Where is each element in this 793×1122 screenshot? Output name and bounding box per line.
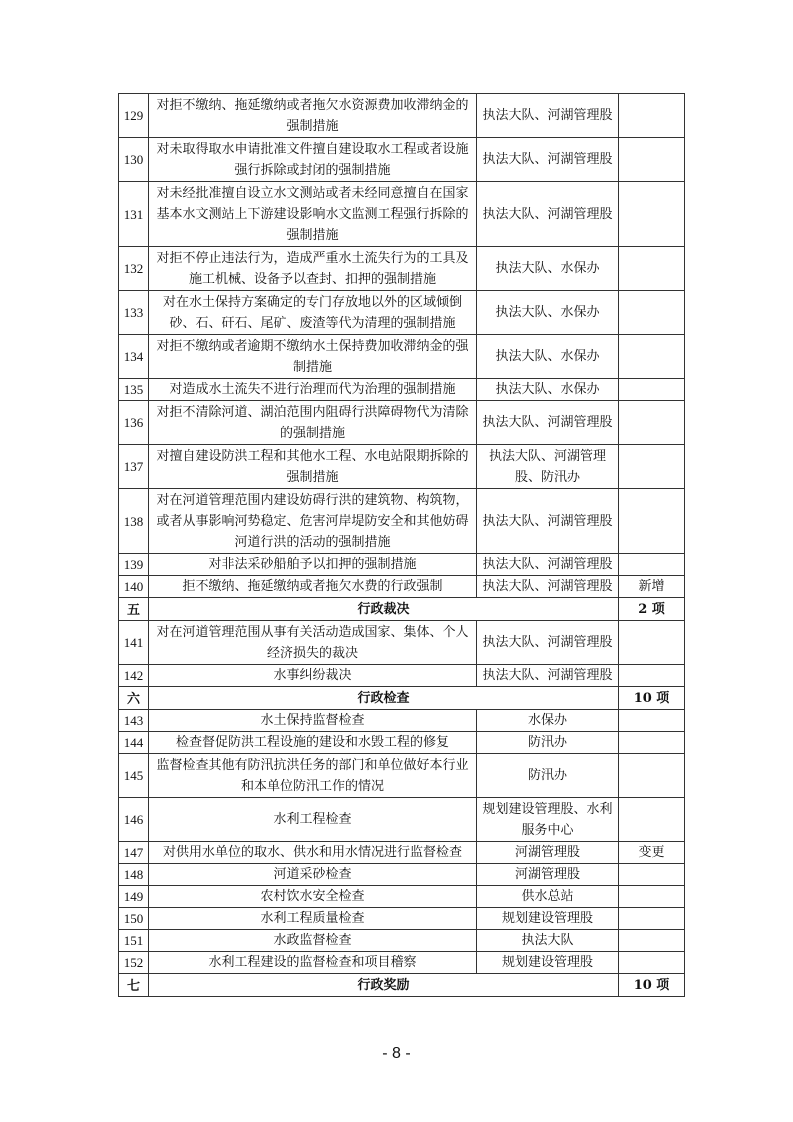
- item-note: [619, 379, 685, 401]
- table-row: 132对拒不停止违法行为，造成严重水土流失行为的工具及施工机械、设备予以查封、扣…: [119, 247, 685, 291]
- item-note: [619, 732, 685, 754]
- item-description: 对拒不缴纳、拖延缴纳或者拖欠水资源费加收滞纳金的强制措施: [149, 94, 477, 138]
- item-description: 对擅自建设防洪工程和其他水工程、水电站限期拆除的强制措施: [149, 445, 477, 489]
- item-note: [619, 930, 685, 952]
- item-description: 水政监督检查: [149, 930, 477, 952]
- item-note: [619, 445, 685, 489]
- table-row: 135对造成水土流失不进行治理而代为治理的强制措施执法大队、水保办: [119, 379, 685, 401]
- item-number: 134: [119, 335, 149, 379]
- item-department: 执法大队、水保办: [477, 335, 619, 379]
- item-number: 137: [119, 445, 149, 489]
- item-note: [619, 554, 685, 576]
- item-note: [619, 886, 685, 908]
- section-number: 七: [119, 974, 149, 997]
- item-department: 执法大队、河湖管理股: [477, 94, 619, 138]
- table-row: 144检查督促防洪工程设施的建设和水毁工程的修复防汛办: [119, 732, 685, 754]
- item-department: 河湖管理股: [477, 864, 619, 886]
- table-row: 142水事纠纷裁决执法大队、河湖管理股: [119, 665, 685, 687]
- item-description: 对未取得取水申请批准文件擅自建设取水工程或者设施强行拆除或封闭的强制措施: [149, 138, 477, 182]
- item-number: 145: [119, 754, 149, 798]
- table-row: 150水利工程质量检查规划建设管理股: [119, 908, 685, 930]
- item-description: 水利工程质量检查: [149, 908, 477, 930]
- item-number: 141: [119, 621, 149, 665]
- item-description: 监督检查其他有防汛抗洪任务的部门和单位做好本行业和本单位防汛工作的情况: [149, 754, 477, 798]
- item-department: 规划建设管理股: [477, 908, 619, 930]
- item-department: 规划建设管理股: [477, 952, 619, 974]
- table-row: 133对在水土保持方案确定的专门存放地以外的区域倾倒砂、石、矸石、尾矿、废渣等代…: [119, 291, 685, 335]
- item-number: 133: [119, 291, 149, 335]
- item-number: 138: [119, 489, 149, 554]
- item-number: 131: [119, 182, 149, 247]
- item-department: 执法大队、河湖管理股: [477, 621, 619, 665]
- item-department: 防汛办: [477, 732, 619, 754]
- section-title: 行政奖励: [149, 974, 619, 997]
- item-description: 对供用水单位的取水、供水和用水情况进行监督检查: [149, 842, 477, 864]
- table-row: 130对未取得取水申请批准文件擅自建设取水工程或者设施强行拆除或封闭的强制措施执…: [119, 138, 685, 182]
- item-note: [619, 665, 685, 687]
- section-row: 六行政检查10 项: [119, 687, 685, 710]
- table-row: 148河道采砂检查河湖管理股: [119, 864, 685, 886]
- item-department: 执法大队、水保办: [477, 291, 619, 335]
- item-department: 执法大队: [477, 930, 619, 952]
- item-description: 水事纠纷裁决: [149, 665, 477, 687]
- item-department: 水保办: [477, 710, 619, 732]
- item-description: 对拒不清除河道、湖泊范围内阻碍行洪障碍物代为清除的强制措施: [149, 401, 477, 445]
- item-number: 135: [119, 379, 149, 401]
- item-description: 拒不缴纳、拖延缴纳或者拖欠水费的行政强制: [149, 576, 477, 598]
- table-row: 149农村饮水安全检查供水总站: [119, 886, 685, 908]
- item-number: 130: [119, 138, 149, 182]
- item-department: 供水总站: [477, 886, 619, 908]
- item-description: 河道采砂检查: [149, 864, 477, 886]
- table-row: 145监督检查其他有防汛抗洪任务的部门和单位做好本行业和本单位防汛工作的情况防汛…: [119, 754, 685, 798]
- item-note: [619, 908, 685, 930]
- item-note: [619, 754, 685, 798]
- powers-list-table: 129对拒不缴纳、拖延缴纳或者拖欠水资源费加收滞纳金的强制措施执法大队、河湖管理…: [118, 93, 685, 997]
- item-department: 执法大队、河湖管理股: [477, 554, 619, 576]
- item-number: 151: [119, 930, 149, 952]
- item-note: [619, 798, 685, 842]
- item-number: 149: [119, 886, 149, 908]
- item-number: 140: [119, 576, 149, 598]
- item-department: 防汛办: [477, 754, 619, 798]
- item-number: 136: [119, 401, 149, 445]
- item-department: 执法大队、水保办: [477, 247, 619, 291]
- item-note: [619, 401, 685, 445]
- item-description: 对非法采砂船舶予以扣押的强制措施: [149, 554, 477, 576]
- item-department: 规划建设管理股、水利服务中心: [477, 798, 619, 842]
- table-row: 152水利工程建设的监督检查和项目稽察规划建设管理股: [119, 952, 685, 974]
- section-title: 行政检查: [149, 687, 619, 710]
- item-number: 148: [119, 864, 149, 886]
- table-row: 139对非法采砂船舶予以扣押的强制措施执法大队、河湖管理股: [119, 554, 685, 576]
- table-row: 146水利工程检查规划建设管理股、水利服务中心: [119, 798, 685, 842]
- item-note: [619, 710, 685, 732]
- item-description: 水利工程建设的监督检查和项目稽察: [149, 952, 477, 974]
- item-number: 143: [119, 710, 149, 732]
- item-description: 水利工程检查: [149, 798, 477, 842]
- table-row: 138对在河道管理范围内建设妨碍行洪的建筑物、构筑物，或者从事影响河势稳定、危害…: [119, 489, 685, 554]
- item-number: 142: [119, 665, 149, 687]
- item-note: [619, 138, 685, 182]
- item-department: 执法大队、河湖管理股、防汛办: [477, 445, 619, 489]
- item-department: 执法大队、河湖管理股: [477, 138, 619, 182]
- item-department: 执法大队、河湖管理股: [477, 489, 619, 554]
- item-note: [619, 94, 685, 138]
- section-row: 七行政奖励10 项: [119, 974, 685, 997]
- table-row: 131对未经批准擅自设立水文测站或者未经同意擅自在国家基本水文测站上下游建设影响…: [119, 182, 685, 247]
- table-row: 129对拒不缴纳、拖延缴纳或者拖欠水资源费加收滞纳金的强制措施执法大队、河湖管理…: [119, 94, 685, 138]
- item-description: 对拒不停止违法行为，造成严重水土流失行为的工具及施工机械、设备予以查封、扣押的强…: [149, 247, 477, 291]
- section-count: 10 项: [619, 687, 685, 710]
- item-description: 检查督促防洪工程设施的建设和水毁工程的修复: [149, 732, 477, 754]
- table-row: 136对拒不清除河道、湖泊范围内阻碍行洪障碍物代为清除的强制措施执法大队、河湖管…: [119, 401, 685, 445]
- page-number: - 8 -: [0, 1045, 793, 1063]
- item-department: 执法大队、河湖管理股: [477, 182, 619, 247]
- table-row: 137对擅自建设防洪工程和其他水工程、水电站限期拆除的强制措施执法大队、河湖管理…: [119, 445, 685, 489]
- item-description: 对拒不缴纳或者逾期不缴纳水土保持费加收滞纳金的强制措施: [149, 335, 477, 379]
- item-description: 对在河道管理范围从事有关活动造成国家、集体、个人经济损失的裁决: [149, 621, 477, 665]
- item-number: 132: [119, 247, 149, 291]
- table-row: 140拒不缴纳、拖延缴纳或者拖欠水费的行政强制执法大队、河湖管理股新增: [119, 576, 685, 598]
- item-department: 执法大队、河湖管理股: [477, 401, 619, 445]
- item-description: 水土保持监督检查: [149, 710, 477, 732]
- table-body: 129对拒不缴纳、拖延缴纳或者拖欠水资源费加收滞纳金的强制措施执法大队、河湖管理…: [119, 94, 685, 997]
- item-description: 农村饮水安全检查: [149, 886, 477, 908]
- item-note: [619, 335, 685, 379]
- item-description: 对造成水土流失不进行治理而代为治理的强制措施: [149, 379, 477, 401]
- section-number: 五: [119, 598, 149, 621]
- table-row: 134对拒不缴纳或者逾期不缴纳水土保持费加收滞纳金的强制措施执法大队、水保办: [119, 335, 685, 379]
- item-department: 执法大队、河湖管理股: [477, 576, 619, 598]
- section-count: 10 项: [619, 974, 685, 997]
- item-number: 147: [119, 842, 149, 864]
- item-note: [619, 621, 685, 665]
- item-number: 144: [119, 732, 149, 754]
- item-note: [619, 864, 685, 886]
- table-row: 147对供用水单位的取水、供水和用水情况进行监督检查河湖管理股变更: [119, 842, 685, 864]
- item-number: 139: [119, 554, 149, 576]
- section-count: 2 项: [619, 598, 685, 621]
- item-note: [619, 952, 685, 974]
- item-number: 150: [119, 908, 149, 930]
- item-note: 变更: [619, 842, 685, 864]
- item-description: 对未经批准擅自设立水文测站或者未经同意擅自在国家基本水文测站上下游建设影响水文监…: [149, 182, 477, 247]
- item-number: 146: [119, 798, 149, 842]
- section-title: 行政裁决: [149, 598, 619, 621]
- item-department: 河湖管理股: [477, 842, 619, 864]
- item-note: [619, 291, 685, 335]
- section-row: 五行政裁决2 项: [119, 598, 685, 621]
- table-row: 143水土保持监督检查水保办: [119, 710, 685, 732]
- item-number: 129: [119, 94, 149, 138]
- item-description: 对在河道管理范围内建设妨碍行洪的建筑物、构筑物，或者从事影响河势稳定、危害河岸堤…: [149, 489, 477, 554]
- section-number: 六: [119, 687, 149, 710]
- table-row: 151水政监督检查执法大队: [119, 930, 685, 952]
- item-note: [619, 247, 685, 291]
- item-department: 执法大队、水保办: [477, 379, 619, 401]
- item-note: [619, 182, 685, 247]
- item-number: 152: [119, 952, 149, 974]
- item-description: 对在水土保持方案确定的专门存放地以外的区域倾倒砂、石、矸石、尾矿、废渣等代为清理…: [149, 291, 477, 335]
- item-note: 新增: [619, 576, 685, 598]
- table-row: 141对在河道管理范围从事有关活动造成国家、集体、个人经济损失的裁决执法大队、河…: [119, 621, 685, 665]
- item-note: [619, 489, 685, 554]
- item-department: 执法大队、河湖管理股: [477, 665, 619, 687]
